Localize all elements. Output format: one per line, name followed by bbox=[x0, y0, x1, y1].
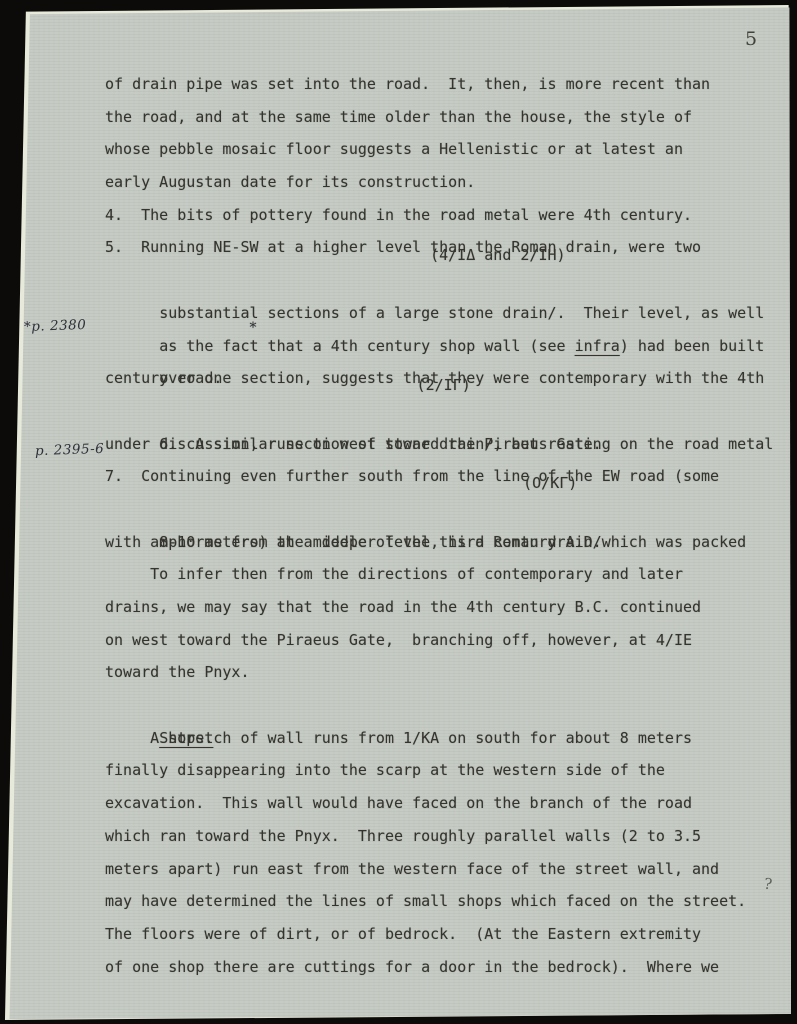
typed-line: which ran toward the Pnyx. Three roughly… bbox=[105, 820, 765, 853]
interlinear-insertion: (4/IΔ and 2/IH) bbox=[430, 248, 565, 263]
typed-line: (4/IΔ and 2/IH)substantial sections of a… bbox=[105, 264, 765, 297]
typed-line: 4. The bits of pottery found in the road… bbox=[105, 199, 765, 232]
typed-line: of drain pipe was set into the road. It,… bbox=[105, 68, 765, 101]
typed-line: drains, we may say that the road in the … bbox=[105, 591, 765, 624]
typed-line: A stretch of wall runs from 1/KA on sout… bbox=[105, 722, 765, 755]
typed-text-block: of drain pipe was set into the road. It,… bbox=[105, 68, 765, 983]
typed-line: under discussion, runs on west toward th… bbox=[105, 428, 765, 461]
typed-line: (O/KΓ)8-10 meters) at a deeper level, is… bbox=[105, 493, 765, 526]
page-number: 5 bbox=[745, 28, 757, 50]
typed-line: whose pebble mosaic floor suggests a Hel… bbox=[105, 133, 765, 166]
typed-line: with amphoras from the middle of the thi… bbox=[105, 526, 765, 559]
typed-line: the road, and at the same time older tha… bbox=[105, 101, 765, 134]
interlinear-insertion: (2/IΓ) bbox=[417, 378, 471, 393]
typed-line: over one section,* suggests that they we… bbox=[105, 330, 765, 363]
typed-line: finally disappearing into the scarp at t… bbox=[105, 754, 765, 787]
typed-line: Shops. bbox=[105, 689, 765, 722]
typewritten-page: 5 *p. 2380 p. 2395-6 ? of drain pipe was… bbox=[8, 7, 791, 1019]
interlinear-insertion: (O/KΓ) bbox=[523, 476, 577, 491]
margin-annotation-p2380: *p. 2380 bbox=[24, 317, 87, 335]
typed-line: excavation. This wall would have faced o… bbox=[105, 787, 765, 820]
typed-line: of one shop there are cuttings for a doo… bbox=[105, 951, 765, 984]
typed-line: as the fact that a 4th century shop wall… bbox=[105, 297, 765, 330]
handwritten-asterisk: * bbox=[250, 321, 257, 335]
typed-line: toward the Pnyx. bbox=[105, 656, 765, 689]
typed-line: The floors were of dirt, or of bedrock. … bbox=[105, 918, 765, 951]
typed-line: early Augustan date for its construction… bbox=[105, 166, 765, 199]
margin-annotation-p2395-6: p. 2395-6 bbox=[35, 441, 105, 459]
typed-line: (2/IΓ)6. A similar section of stone drai… bbox=[105, 395, 765, 428]
typed-line: To infer then from the directions of con… bbox=[105, 558, 765, 591]
typed-line: may have determined the lines of small s… bbox=[105, 885, 765, 918]
typed-line: meters apart) run east from the western … bbox=[105, 853, 765, 886]
typed-line: 7. Continuing even further south from th… bbox=[105, 460, 765, 493]
typed-line: on west toward the Piraeus Gate, branchi… bbox=[105, 624, 765, 657]
